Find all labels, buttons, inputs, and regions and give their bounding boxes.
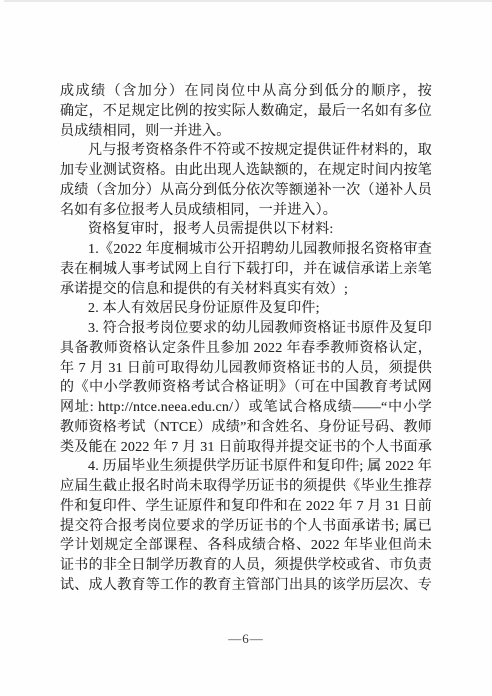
text-line: 表在桐城人事考试网上自行下载打印，并在诚信承诺上亲笔签名，	[60, 260, 432, 280]
text-line: 教师资格考试（NTCE）成绩”和含姓名、身份证号码、教师资格种	[60, 418, 432, 438]
text-line: 员成绩相同，则一并进入。	[60, 122, 432, 142]
text-line: 证书的非全日制学历教育的人员，须提供学校或省、市负责自学考	[60, 556, 432, 576]
text-line: 凡与报考资格条件不符或不按规定提供证件材料的，取消其参	[60, 141, 432, 161]
scan-top-edge	[4, 0, 492, 2]
text-line: 试、成人教育等工作的教育主管部门出具的该学历层次、专业、毕	[60, 576, 432, 596]
text-line: 应届生截止报名时尚未取得学历证书的须提供《毕业生推荐表》原	[60, 477, 432, 497]
document-body: 成成绩（含加分）在同岗位中从高分到低分的顺序，按 1:1.5 比例确定，不足规定…	[60, 82, 432, 596]
text-line: 学计划规定全部课程、各科成绩合格、2022 年毕业但尚未取得毕业	[60, 536, 432, 556]
text-line: 成绩（含加分）从高分到低分依次等额递补一次（递补人员最后一	[60, 181, 432, 201]
text-line: 4. 历届毕业生须提供学历证书原件和复印件; 属 2022 年毕业的	[60, 457, 432, 477]
text-line: 提交符合报考岗位要求的学历证书的个人书面承诺书; 属已修完教	[60, 517, 432, 537]
text-line: 资格复审时，报考人员需提供以下材料:	[60, 220, 432, 240]
document-page: 成成绩（含加分）在同岗位中从高分到低分的顺序，按 1:1.5 比例确定，不足规定…	[0, 0, 492, 696]
text-line: 2. 本人有效居民身份证原件及复印件;	[60, 299, 432, 319]
text-line: 件和复印件、学生证原件和复印件和在 2022 年 7 月 31 日前取得并	[60, 497, 432, 517]
text-line: 承诺提交的信息和提供的有关材料真实有效）;	[60, 280, 432, 300]
text-line: 3. 符合报考岗位要求的幼儿园教师资格证书原件及复印件（属	[60, 319, 432, 339]
text-line: 成成绩（含加分）在同岗位中从高分到低分的顺序，按 1:1.5 比例	[60, 82, 432, 102]
text-line: 年 7 月 31 日前可取得幼儿园教师资格证书的人员，须提供有效期内	[60, 359, 432, 379]
text-line: 的《中小学教师资格考试合格证明》（可在中国教育考试网查询，	[60, 378, 432, 398]
page-number: —6—	[228, 631, 264, 646]
text-line: 名如有多位报考人员成绩相同，一并进入）。	[60, 201, 432, 221]
text-line: 具备教师资格认定条件且参加 2022 年春季教师资格认定，在 2022	[60, 339, 432, 359]
text-line: 1.《2022 年度桐城市公开招聘幼儿园教师报名资格审查表》（此	[60, 240, 432, 260]
text-line: 确定，不足规定比例的按实际人数确定，最后一名如有多位报考人	[60, 102, 432, 122]
text-line: 加专业测试资格。由此出现人选缺额的，在规定时间内按笔试合成	[60, 161, 432, 181]
text-line: 类及能在 2022 年 7 月 31 日前取得并提交证书的个人书面承诺）;	[60, 438, 432, 458]
text-line: 网址: http://ntce.neea.edu.cn/）或笔试合格成绩——“中…	[60, 398, 432, 418]
page-footer: —6—	[0, 630, 492, 648]
